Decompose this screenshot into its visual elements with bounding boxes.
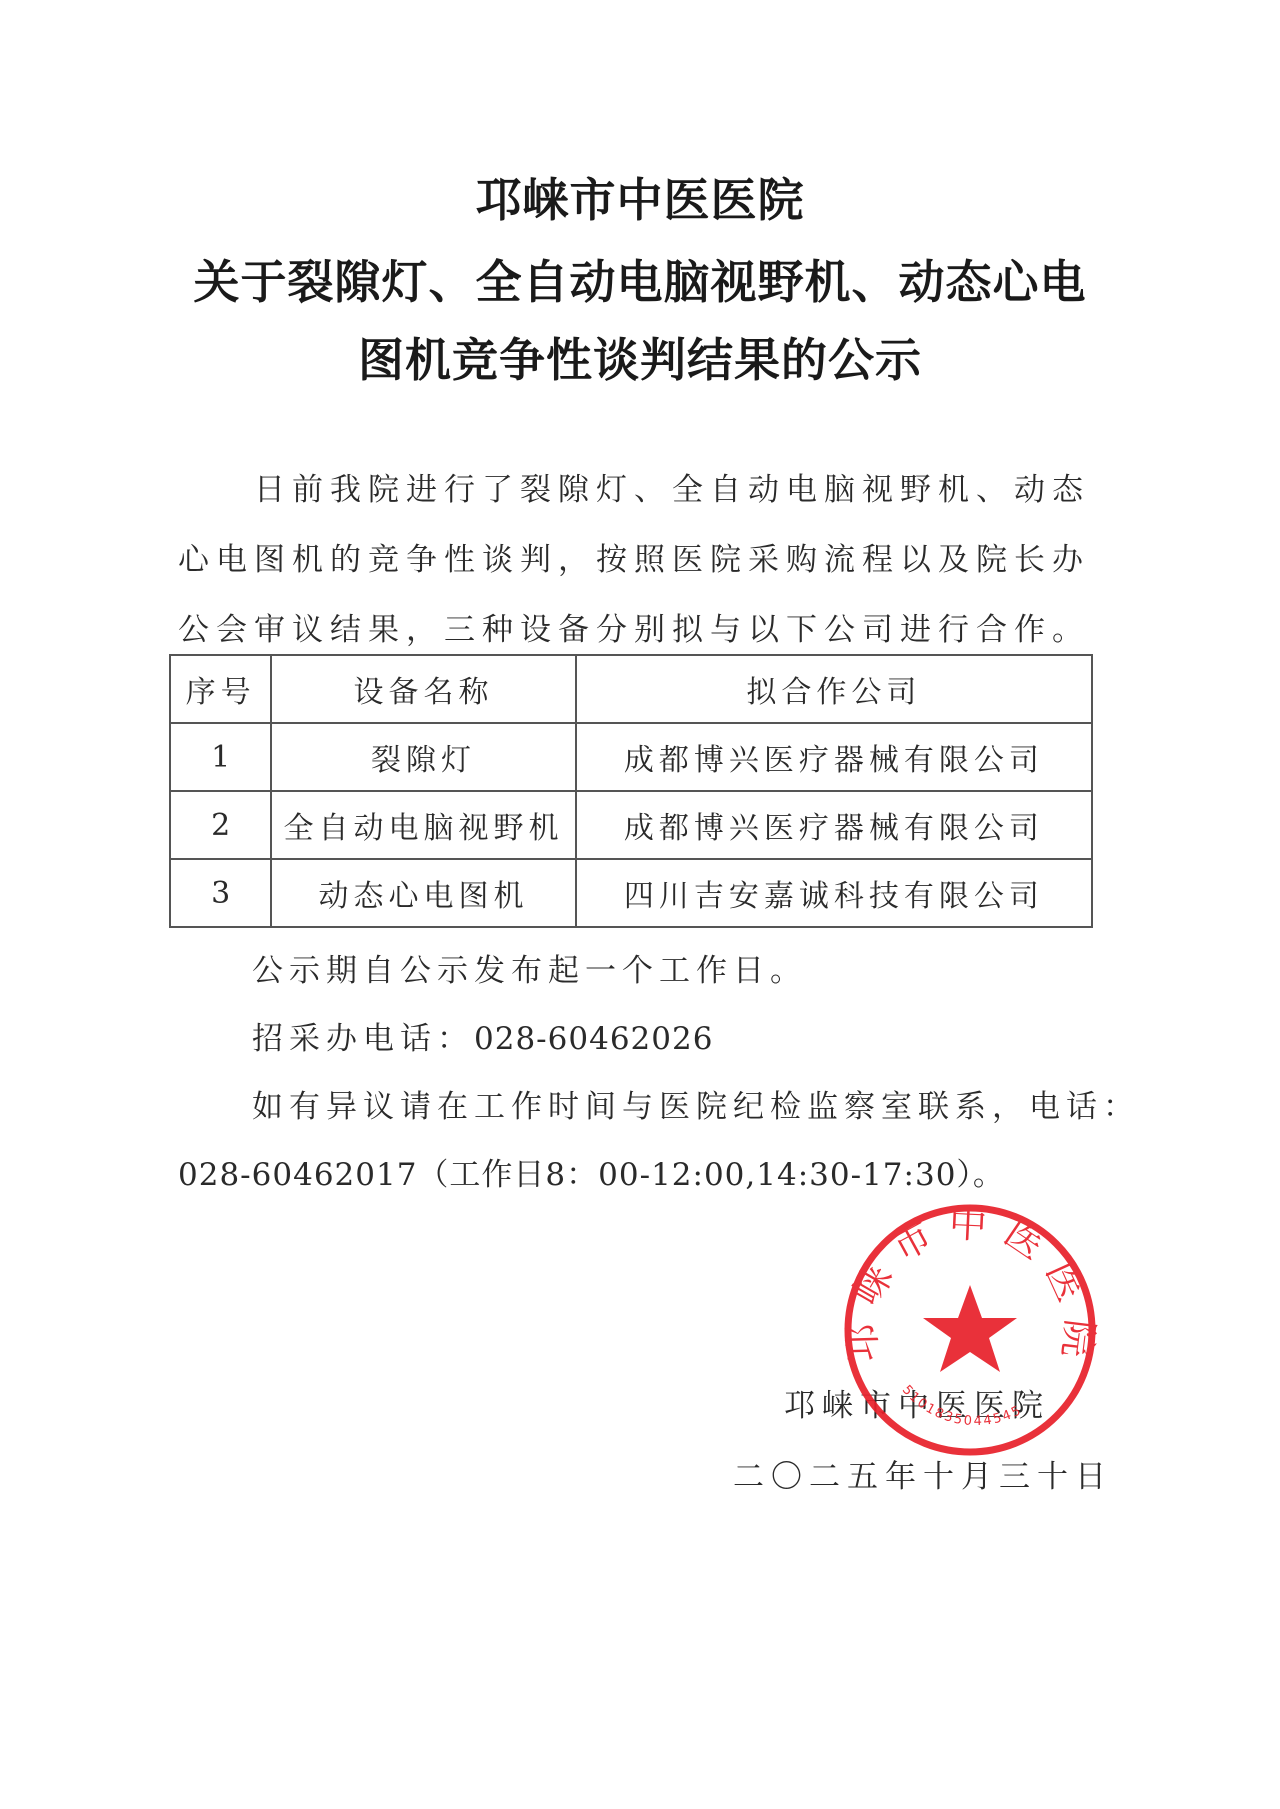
table-row: 3 动态心电图机 四川吉安嘉诚科技有限公司 xyxy=(170,859,1092,927)
notice-page: 邛崃市中医医院 关于裂隙灯、全自动电脑视野机、动态心电 图机竞争性谈判结果的公示… xyxy=(0,0,1280,1809)
table-header-row: 序号 设备名称 拟合作公司 xyxy=(170,655,1092,723)
table-row: 2 全自动电脑视野机 成都博兴医疗器械有限公司 xyxy=(170,791,1092,859)
cell-company: 成都博兴医疗器械有限公司 xyxy=(576,723,1092,791)
notice-period: 公示期自公示发布起一个工作日。 xyxy=(252,945,1212,990)
cell-equipment: 动态心电图机 xyxy=(271,859,575,927)
objection-phone-line: 028-60462017（工作日8：00-12:00,14:30-17:30）。 xyxy=(178,1149,1138,1194)
header-equipment: 设备名称 xyxy=(271,655,575,723)
header-company: 拟合作公司 xyxy=(576,655,1092,723)
header-no: 序号 xyxy=(170,655,271,723)
results-table: 序号 设备名称 拟合作公司 1 裂隙灯 成都博兴医疗器械有限公司 2 全自动电脑… xyxy=(169,654,1093,928)
cell-no: 1 xyxy=(170,723,271,791)
title-line-3: 图机竞争性谈判结果的公示 xyxy=(0,330,1280,390)
cell-no: 3 xyxy=(170,859,271,927)
title-line-2: 关于裂隙灯、全自动电脑视野机、动态心电 xyxy=(0,252,1280,312)
title-line-1: 邛崃市中医医院 xyxy=(0,170,1280,230)
objection-text: 如有异议请在工作时间与医院纪检监察室联系，电话： xyxy=(252,1081,1212,1126)
seal-code: 5101835044545 xyxy=(899,1383,1025,1430)
cell-no: 2 xyxy=(170,791,271,859)
table-row: 1 裂隙灯 成都博兴医疗器械有限公司 xyxy=(170,723,1092,791)
svg-text:5101835044545: 5101835044545 xyxy=(899,1383,1025,1430)
official-seal-icon: 邛崃市中医医院 5101835044545 xyxy=(840,1200,1100,1460)
procurement-phone-label: 招采办电话： xyxy=(252,1021,474,1057)
intro-paragraph: 日前我院进行了裂隙灯、全自动电脑视野机、动态心电图机的竞争性谈判，按照医院采购流… xyxy=(178,455,1098,665)
cell-equipment: 裂隙灯 xyxy=(271,723,575,791)
procurement-phone: 028-60462026 xyxy=(474,1021,713,1057)
cell-company: 四川吉安嘉诚科技有限公司 xyxy=(576,859,1092,927)
procurement-phone-line: 招采办电话：028-60462026 xyxy=(252,1013,1212,1058)
cell-company: 成都博兴医疗器械有限公司 xyxy=(576,791,1092,859)
cell-equipment: 全自动电脑视野机 xyxy=(271,791,575,859)
